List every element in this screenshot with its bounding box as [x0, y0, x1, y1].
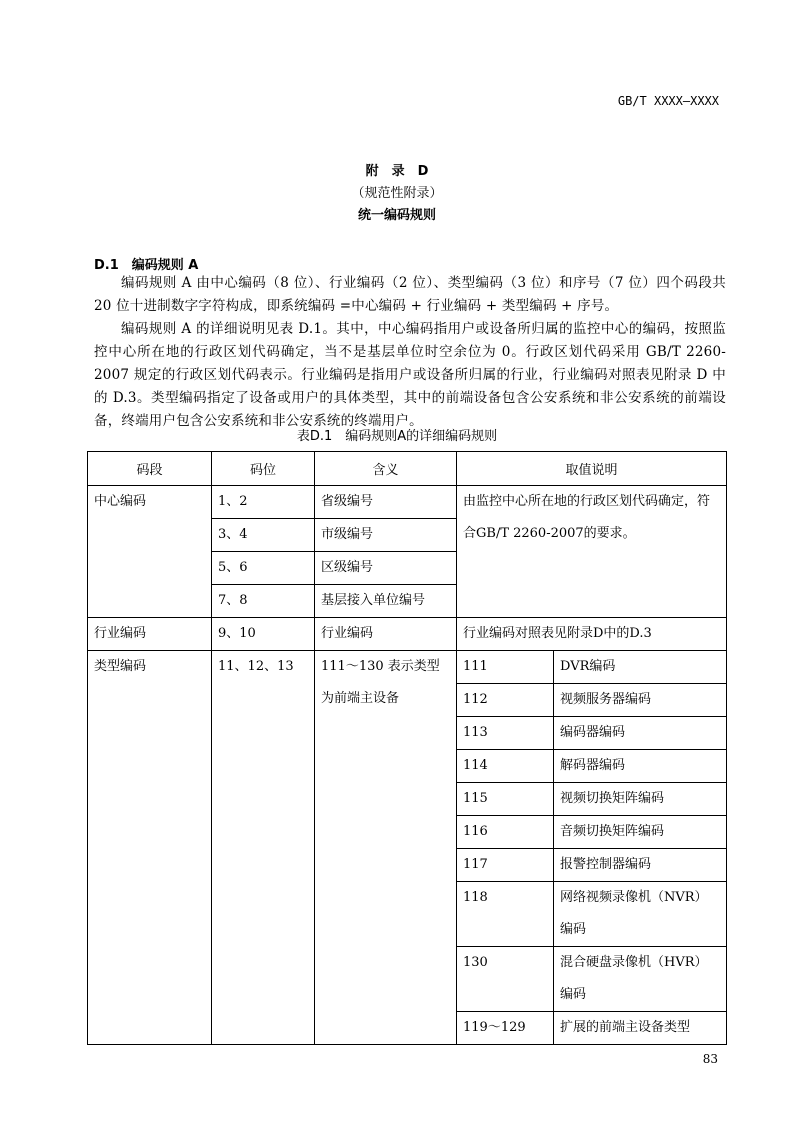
meaning-cell: 111～130 表示类型为前端主设备 [315, 651, 457, 1045]
appendix-type: （规范性附录） [0, 182, 794, 201]
type-code-cell: 130 [457, 947, 554, 1012]
encoding-rules-table: 码段 码位 含义 取值说明 中心编码 1、2 省级编号 由监控中心所在地的行政区… [87, 451, 727, 1045]
appendix-title: 统一编码规则 [0, 204, 794, 223]
type-code-cell: 112 [457, 684, 554, 717]
type-desc-cell: 报警控制器编码 [554, 849, 727, 882]
position-cell: 5、6 [212, 552, 315, 585]
type-code-cell: 116 [457, 816, 554, 849]
meaning-cell: 省级编号 [315, 486, 457, 519]
segment-cell: 类型编码 [88, 651, 212, 1045]
position-cell: 7、8 [212, 585, 315, 618]
header-cell: 码位 [212, 452, 315, 486]
type-code-cell: 111 [457, 651, 554, 684]
type-desc-cell: 网络视频录像机（NVR）编码 [554, 882, 727, 947]
segment-cell: 行业编码 [88, 618, 212, 651]
header-cell: 码段 [88, 452, 212, 486]
meaning-cell: 市级编号 [315, 519, 457, 552]
type-desc-cell: 编码器编码 [554, 717, 727, 750]
section-heading: D.1 编码规则 A [94, 254, 198, 273]
type-desc-cell: 视频服务器编码 [554, 684, 727, 717]
paragraph-1: 编码规则 A 由中心编码（8 位）、行业编码（2 位）、类型编码（3 位）和序号… [94, 272, 726, 318]
page-number: 83 [703, 1052, 718, 1066]
type-code-cell: 118 [457, 882, 554, 947]
meaning-cell: 行业编码 [315, 618, 457, 651]
table-row: 中心编码 1、2 省级编号 由监控中心所在地的行政区划代码确定，符合GB/T 2… [88, 486, 727, 519]
table-row: 类型编码 11、12、13 111～130 表示类型为前端主设备 111 DVR… [88, 651, 727, 684]
meaning-cell: 基层接入单位编号 [315, 585, 457, 618]
type-desc-cell: 扩展的前端主设备类型 [554, 1012, 727, 1045]
type-desc-cell: 视频切换矩阵编码 [554, 783, 727, 816]
type-code-cell: 115 [457, 783, 554, 816]
type-code-cell: 117 [457, 849, 554, 882]
table-row: 行业编码 9、10 行业编码 行业编码对照表见附录D中的D.3 [88, 618, 727, 651]
header-cell: 含义 [315, 452, 457, 486]
segment-cell: 中心编码 [88, 486, 212, 618]
type-desc-cell: DVR编码 [554, 651, 727, 684]
type-code-cell: 114 [457, 750, 554, 783]
table-caption: 表D.1 编码规则A的详细编码规则 [0, 425, 794, 444]
type-desc-cell: 音频切换矩阵编码 [554, 816, 727, 849]
position-cell: 1、2 [212, 486, 315, 519]
document-code: GB/T XXXX—XXXX [618, 94, 719, 108]
description-cell: 由监控中心所在地的行政区划代码确定，符合GB/T 2260-2007的要求。 [457, 486, 727, 618]
position-cell: 11、12、13 [212, 651, 315, 1045]
meaning-cell: 区级编号 [315, 552, 457, 585]
type-desc-cell: 解码器编码 [554, 750, 727, 783]
paragraph-2: 编码规则 A 的详细说明见表 D.1。其中，中心编码指用户或设备所归属的监控中心… [94, 318, 726, 433]
description-cell: 行业编码对照表见附录D中的D.3 [457, 618, 727, 651]
type-code-cell: 119～129 [457, 1012, 554, 1045]
type-desc-cell: 混合硬盘录像机（HVR）编码 [554, 947, 727, 1012]
type-code-cell: 113 [457, 717, 554, 750]
header-cell: 取值说明 [457, 452, 727, 486]
appendix-label: 附 录 D [0, 160, 794, 179]
table-header-row: 码段 码位 含义 取值说明 [88, 452, 727, 486]
position-cell: 3、4 [212, 519, 315, 552]
position-cell: 9、10 [212, 618, 315, 651]
